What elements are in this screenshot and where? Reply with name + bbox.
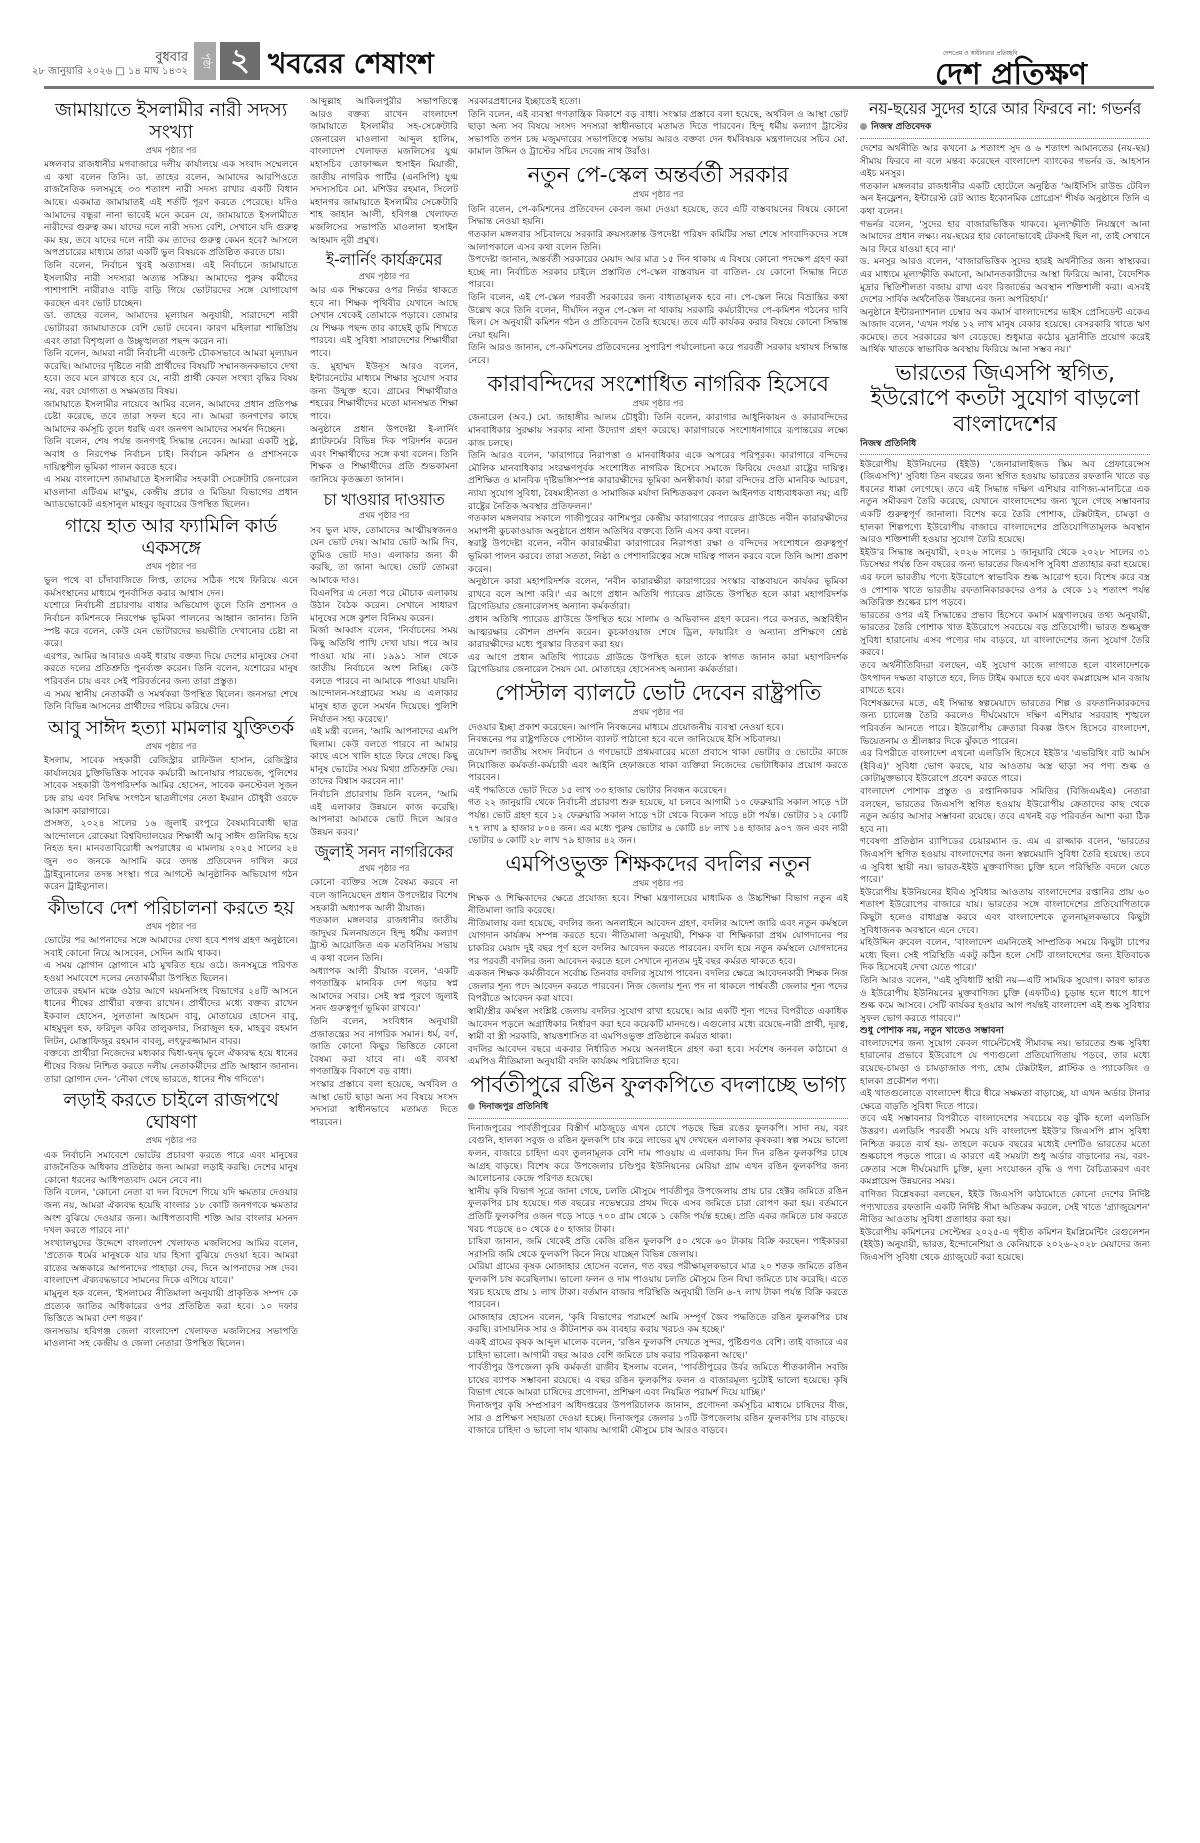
- headline[interactable]: নয়-ছয়ের সুদের হারে আর ফিরবে না: গভর্নর: [860, 100, 1150, 118]
- paragraph: বদলির আবেদন বছরে একবার নির্ধারিত সময়ে অ…: [468, 1044, 848, 1069]
- paragraph: দেশের অর্থনীতি আর কখনো ৯ শতাংশ সুদ ও ৬ শ…: [860, 143, 1150, 181]
- paragraph: গতকাল মঙ্গলবার সচিবালয়ে সরকারি ক্রয়সংক…: [468, 229, 848, 254]
- paragraph: জামায়াতে ইসলামীর নায়েবে আমির বলেন, আমা…: [44, 399, 298, 437]
- paragraph: নীতিমালায় বলা হয়েছে, বদলির জন্য অনলাইন…: [468, 918, 848, 968]
- paragraph: এই পদ্ধতিতে ভোট দিতে ১৫ লাখ ৩৩ হাজার ভোট…: [468, 785, 848, 798]
- paragraph: তিনি বলেন, নির্বাচন খুবই অত্যাসন্ন। এই ন…: [44, 260, 298, 310]
- paragraph: বাণিজ্য বিশ্লেষকরা বলছেন, ইইউ জিএসপি কাঠ…: [860, 1189, 1150, 1227]
- paragraph: গবেষণা প্রতিষ্ঠান র‍্যাপিডের চেয়ারম্যান…: [860, 836, 1150, 886]
- paragraph: স্বরাষ্ট্র উপদেষ্টা বলেন, নবীন কারারক্ষী…: [468, 538, 848, 576]
- paragraph: নিবন্ধনের পর রাষ্ট্রপতিকে পোস্টাল ব্যালট…: [468, 734, 848, 747]
- subhead: শুধু পোশাক নয়, নতুন খাতেও সম্ভাবনা: [860, 1025, 1150, 1038]
- paragraph: তিনি বলেন, সংবিধান অনুযায়ী প্রজাতন্ত্রে…: [310, 1016, 458, 1079]
- paragraph: এক নির্বাচনি সমাবেশে ভোটের প্রচারণা করতে…: [44, 1150, 298, 1188]
- paragraph: তিনি আরও বলেন, 'কারাগারে নিরাপত্তা ও মান…: [468, 450, 848, 513]
- bullet-icon: [468, 1103, 475, 1110]
- paragraph: স্থানীয় কৃষি বিভাগ সূত্রে জানা গেছে, চল…: [468, 1186, 848, 1236]
- paragraph: ভোটের পর আপনাদের সঙ্গে আমাদের দেখা হবে শ…: [44, 935, 298, 960]
- column-4: নয়-ছয়ের সুদের হারে আর ফিরবে না: গভর্নর…: [860, 96, 1150, 1836]
- paragraph: তিনি আরও জানান, পে-কমিশনের প্রতিবেদনের স…: [468, 342, 848, 367]
- article-govt-power: সরকারপ্রধানের ইচ্ছাতেই হতো। তিনি বলেন, এ…: [468, 96, 848, 159]
- paragraph: প্রধান অতিথি প্যারেড গ্রাউন্ডে উপস্থিত হ…: [468, 614, 848, 652]
- headline[interactable]: কীভাবে দেশ পরিচালনা করতে হয়: [44, 898, 298, 920]
- paragraph: তারেক রহমান মঞ্চে ওঠার আগে ময়মনসিংহ বিভ…: [44, 986, 298, 1049]
- paragraph: মেরিয়া গ্রামের কৃষক মোজাহার হোসেন বলেন,…: [468, 1261, 848, 1311]
- paragraph: সংস্কার প্রস্তাবে বলা হয়েছে, অর্থবিল ও …: [310, 1079, 458, 1129]
- paragraph: ইসলাম, সাবেক সহকারী রেজিস্ট্রার রাফিউল হ…: [44, 755, 298, 818]
- byline: দিনাজপুর প্রতিনিধি: [468, 1099, 848, 1119]
- paragraph: তিনি বলেন, এই ব্যবস্থা গণতান্ত্রিক বিকাশ…: [468, 109, 848, 159]
- paragraph: ইউরোপীয় ইউনিয়নের (ইইউ) 'জেনারালাইজড স্…: [860, 459, 1150, 547]
- byline-text: নিজস্ব প্রতিবেদক: [871, 122, 931, 132]
- article-how-to-govern: কীভাবে দেশ পরিচালনা করতে হয় প্রথম পৃষ্ঠ…: [44, 898, 298, 1087]
- column-2: আব্দুল্লাহ আকিলপুরীর সভাপতিত্বে আরও বক্ত…: [310, 96, 458, 1836]
- headline[interactable]: চা খাওয়ার দাওয়াত: [310, 491, 458, 509]
- paragraph: ভুল পথে বা চাঁদাবাজিতে লিপ্ত, তাদের সঠিক…: [44, 575, 298, 600]
- paragraph: তবে অর্থনীতিবিদরা বলছেন, এই সুযোগ কাজে ল…: [860, 660, 1150, 698]
- page-number: ২: [220, 42, 260, 80]
- paragraph: বাংলাদেশের জন্য সুযোগ কেবল গার্মেন্টসেই …: [860, 1038, 1150, 1088]
- kicker: প্রথম পৃষ্ঠার পর: [310, 863, 458, 876]
- article-tea-invitation: চা খাওয়ার দাওয়াত প্রথম পৃষ্ঠার পর সব ভ…: [310, 491, 458, 840]
- paragraph: তিনি বলেন, 'কোনো নেতা বা দল বিদেশে গিয়ে…: [44, 1187, 298, 1237]
- kicker: প্রথম পৃষ্ঠার পর: [310, 271, 458, 284]
- bullet-icon: [860, 123, 867, 130]
- paragraph: মির্জা আব্বাস বলেন, 'নির্বাচনের সময় কিছ…: [310, 625, 458, 726]
- headline[interactable]: পার্বতীপুরে রঙিন ফুলকপিতে বদলাচ্ছে ভাগ্য: [468, 1073, 848, 1098]
- paragraph: ভারতের ওপর এই সিদ্ধান্তের প্রভাব হিসেবে …: [860, 610, 1150, 660]
- paragraph: তবে এই সম্ভাবনার বিপরীতে বাংলাদেশের সবচে…: [860, 1113, 1150, 1189]
- article-cauliflower: পার্বতীপুরে রঙিন ফুলকপিতে বদলাচ্ছে ভাগ্য…: [468, 1073, 848, 1438]
- headline[interactable]: পোস্টাল ব্যালটে ভোট দেবেন রাষ্ট্রপতি: [468, 681, 848, 706]
- paragraph: এরপর, আমির আবারও একই ধারায় বক্তব্য দিয়…: [44, 651, 298, 689]
- section-title: খবরের শেষাংশ: [268, 42, 434, 89]
- paragraph: গতকাল মঙ্গলবার রাজধানীর জাতীয় জাদুঘর মি…: [310, 915, 458, 965]
- newspaper-logo[interactable]: দেশপ্রেম ও স্বাধীনতার প্রতিচ্ছবি দেশ প্র…: [935, 48, 1195, 91]
- column-3: সরকারপ্রধানের ইচ্ছাতেই হতো। তিনি বলেন, এ…: [468, 96, 848, 1836]
- paragraph: মোজাহার হোসেন বলেন, 'কৃষি বিভাগের পরামর্…: [468, 1312, 848, 1337]
- kicker: প্রথম পৃষ্ঠার পর: [44, 145, 298, 158]
- kicker: প্রথম পৃষ্ঠার পর: [468, 707, 848, 720]
- paragraph: শিক্ষক ও শিক্ষিকাদের ক্ষেত্রে প্রযোজ্য হ…: [468, 893, 848, 918]
- paragraph: ড. মনসুর আরও বলেন, 'বাজারভিত্তিক সুদের হ…: [860, 256, 1150, 306]
- paragraph: বিশেষজ্ঞদের মতে, এই সিদ্ধান্ত স্বল্পমেয়…: [860, 698, 1150, 748]
- kicker: প্রথম পৃষ্ঠার পর: [310, 510, 458, 523]
- paragraph: মামুনুল হক বলেন, 'ইসলামের নীতিমালা অনুযা…: [44, 1288, 298, 1326]
- article-abu-sayeed: আবু সাঈদ হত্যা মামলার যুক্তিতর্ক প্রথম প…: [44, 718, 298, 894]
- paragraph: ড. মুহাম্মদ ইউনূস আরও বলেন, ইন্টারনেটের …: [310, 361, 458, 424]
- headline[interactable]: নতুন পে-স্কেল অন্তর্বর্তী সরকার: [468, 163, 848, 188]
- byline: নিজস্ব প্রতিবেদক: [860, 119, 1150, 139]
- paragraph: এই খাতগুলোতে বাংলাদেশ ধীরে ধীরে সক্ষমতা …: [860, 1088, 1150, 1113]
- paragraph: মঙ্গলবার রাজধানীর মগবাজারে দলীয় কার্যাল…: [44, 159, 298, 260]
- paragraph: এ সময় বাংলাদেশ জামায়াতে ইসলামীর সহকারী…: [44, 474, 298, 512]
- paragraph: চাষিরা জানান, জমি থেকেই প্রতি কেজি রঙিন …: [468, 1236, 848, 1261]
- article-mpo-teachers: এমপিওভুক্ত শিক্ষকদের বদলির নতুন প্রথম পৃ…: [468, 852, 848, 1069]
- paragraph: তিনি আরও বলেন, ''এই সুবিধাটি স্থায়ী নয়…: [860, 975, 1150, 1025]
- kicker: প্রথম পৃষ্ঠার পর: [468, 878, 848, 891]
- article-elearning: ই-লার্নিং কার্যক্রমের প্রথম পৃষ্ঠার পর আ…: [310, 251, 458, 486]
- paragraph: উপদেষ্টা জানান, অন্তর্বর্তী সরকারের মেয়…: [468, 254, 848, 292]
- paragraph: কোনো ব্যক্তির সঙ্গে বৈষম্য করবে না বলে জ…: [310, 877, 458, 915]
- paragraph: জেনারেল (অব.) মো. জাহাঙ্গীর আলম চৌধুরী। …: [468, 412, 848, 450]
- paragraph: তিনি বলেন, পে-কমিশনের প্রতিবেদন কেবল জমা…: [468, 204, 848, 229]
- paragraph: দেওয়ার ইচ্ছা প্রকাশ করেছেন। আপনি নিবন্ধ…: [468, 722, 848, 735]
- paragraph: সব ভুল মাফ, তোমাদের আত্মীয়স্বজনও যেন ভো…: [310, 525, 458, 588]
- paragraph: বাংলাদেশ পোশাক প্রস্তুত ও রপ্তানিকারক সম…: [860, 786, 1150, 836]
- paragraph: গত ২২ জানুয়ারি থেকে নির্বাচনী প্রচারণা …: [468, 797, 848, 847]
- paragraph: দিনাজপুর কৃষি সম্প্রসারণ অধিদপ্তরের উপপর…: [468, 1400, 848, 1438]
- headline[interactable]: আবু সাঈদ হত্যা মামলার যুক্তিতর্ক: [44, 718, 298, 740]
- headline[interactable]: গায়ে হাত আর ফ্যামিলি কার্ড একসঙ্গে: [44, 516, 298, 560]
- paragraph: যশোরে নির্বাচনী প্রচারণায় বাধার অভিযোগ …: [44, 600, 298, 650]
- paragraph: প্রসঙ্গত, ২০২৪ সালের ১৬ জুলাই রংপুরে বৈষ…: [44, 818, 298, 894]
- paragraph: ইউরোপীয় কমিশনের সেপ্টেম্বর ২০২৫-এ গৃহীত…: [860, 1227, 1150, 1265]
- paragraph: এর আগে প্রধান অতিথি প্যারেড গ্রাউন্ডে উপ…: [468, 652, 848, 677]
- paragraph: এ সময় স্থানীয় নেতাকর্মী ও সমর্থকরা উপস…: [44, 689, 298, 714]
- headline[interactable]: লড়াই করতে চাইলে রাজপথে ঘোষণা: [44, 1090, 298, 1134]
- paragraph: অধ্যাপক আলী রীয়াজ বলেন, 'একটি গণতান্ত্র…: [310, 966, 458, 1016]
- kicker: প্রথম পৃষ্ঠার পর: [468, 189, 848, 202]
- article-fight-in-streets: লড়াই করতে চাইলে রাজপথে ঘোষণা প্রথম পৃষ্…: [44, 1090, 298, 1351]
- paragraph: তিনি বলেন, আমরা নারী নির্বাচনী এজেন্ট চৌ…: [44, 348, 298, 398]
- two-column-body: তিনি বলেন, পে-কমিশনের প্রতিবেদন কেবল জমা…: [468, 204, 848, 368]
- article-july-charter: জুলাই সনদ নাগরিকের প্রথম পৃষ্ঠার পর কোনো…: [310, 843, 458, 1129]
- headline[interactable]: জুলাই সনদ নাগরিকের: [310, 843, 458, 861]
- paragraph: আর এক শিক্ষকের ওপর নির্ভর থাকতে হবে না। …: [310, 285, 458, 361]
- paragraph: সংখ্যালঘুদের উদ্দেশে বাংলাদেশ খেলাফত মজল…: [44, 1238, 298, 1288]
- paragraph: তিনি বলেন, শেষ পর্যন্ত জনগণই সিদ্ধান্ত ন…: [44, 436, 298, 474]
- paragraph: পার্বতীপুর উপজেলা কৃষি কর্মকর্তা রাজীব ই…: [468, 1362, 848, 1400]
- paragraph: একজন শিক্ষক কর্মজীবনে সর্বোচ্চ তিনবার বদ…: [468, 968, 848, 1006]
- paragraph: ইইউ'র সিদ্ধান্ত অনুযায়ী, ২০২৬ সালের ১ জ…: [860, 547, 1150, 610]
- article-prisoners: কারাবন্দিদের সংশোধিত নাগরিক হিসেবে প্রথম…: [468, 372, 848, 677]
- article-pay-scale: নতুন পে-স্কেল অন্তর্বর্তী সরকার প্রথম পৃ…: [468, 163, 848, 368]
- kicker: প্রথম পৃষ্ঠার পর: [44, 741, 298, 754]
- byline-text: দিনাজপুর প্রতিনিধি: [479, 1102, 548, 1112]
- article-family-card: গায়ে হাত আর ফ্যামিলি কার্ড একসঙ্গে প্রথ…: [44, 516, 298, 714]
- kicker: প্রথম পৃষ্ঠার পর: [44, 1135, 298, 1148]
- headline[interactable]: ই-লার্নিং কার্যক্রমের: [310, 251, 458, 269]
- paragraph: ইউরোপীয় ইউনিয়নের ইবিএ সুবিধার আওতায় ব…: [860, 887, 1150, 937]
- page-label: পৃষ্ঠা: [194, 42, 216, 80]
- kicker: প্রথম পৃষ্ঠার পর: [44, 561, 298, 574]
- paragraph: একই গ্রামের কৃষক আব্দুল মালেক বলেন, 'রঙি…: [468, 1337, 848, 1362]
- kicker: প্রথম পৃষ্ঠার পর: [468, 398, 848, 411]
- article-interest-rate: নয়-ছয়ের সুদের হারে আর ফিরবে না: গভর্নর…: [860, 100, 1150, 357]
- paragraph: বক্তব্যে প্রার্থীরা নিজেদের মধ্যকার দ্বি…: [44, 1048, 298, 1086]
- column-1: জামায়াতে ইসলামীর নারী সদস্য সংখ্যা প্রথ…: [44, 96, 298, 1836]
- paragraph: নির্বাচনি প্রচারণায় তিনি বলেন, 'আমি এই …: [310, 789, 458, 839]
- paragraph: দিনাজপুরের পার্বতীপুরের বিস্তীর্ণ মাঠজুড…: [468, 1123, 848, 1186]
- paragraph: বিএনপির এ নেতা পরে মৌচাক এলাকায় উঠান বৈ…: [310, 588, 458, 626]
- article-jamaat-women: জামায়াতে ইসলামীর নারী সদস্য সংখ্যা প্রথ…: [44, 100, 298, 512]
- paragraph: ডা. তাহের বলেন, আমাদের মূল্যায়ন অনুযায়…: [44, 310, 298, 348]
- issue-date: ২৮ জানুয়ারি ২০২৬ □ ১৪ মাঘ ১৪৩২: [32, 64, 188, 81]
- article-postal-ballot: পোস্টাল ব্যালটে ভোট দেবেন রাষ্ট্রপতি প্র…: [468, 681, 848, 848]
- paragraph: তিনি বলেন, এই পে-স্কেল পরবর্তী সরকারের জ…: [468, 292, 848, 342]
- paragraph: এর বিপরীতে বাংলাদেশ এখনো এলডিসি হিসেবে ই…: [860, 748, 1150, 786]
- paragraph: মহিউদ্দিন রুবেল বলেন, 'বাংলাদেশ এমনিতেই …: [860, 937, 1150, 975]
- article-jamaat-cont: আব্দুল্লাহ আকিলপুরীর সভাপতিত্বে আরও বক্ত…: [310, 96, 458, 247]
- paragraph: ত্রয়োদশ জাতীয় সংসদ নির্বাচন ও গণভোটে প…: [468, 747, 848, 785]
- paragraph: এ সময় স্লোগান স্লোগানে মাঠ মুখরিত হয়ে …: [44, 960, 298, 985]
- paragraph: স্বামী/স্ত্রীর কর্মস্থল সংশ্লিষ্ট জেলায়…: [468, 1006, 848, 1044]
- paragraph: সরকারপ্রধানের ইচ্ছাতেই হতো।: [468, 96, 848, 109]
- headline[interactable]: ভারতের জিএসপি স্থগিত, ইউরোপে কতটা সুযোগ …: [860, 361, 1150, 437]
- headline[interactable]: এমপিওভুক্ত শিক্ষকদের বদলির নতুন: [468, 852, 848, 877]
- paragraph: গতকাল মঙ্গলবার রাজধানীর একটি হোটেলে অনুষ…: [860, 181, 1150, 219]
- paragraph: আব্দুল্লাহ আকিলপুরীর সভাপতিত্বে আরও বক্ত…: [310, 96, 458, 247]
- paragraph: অনুষ্ঠানে প্রধান উপদেষ্টা ই-লার্নিং প্ল্…: [310, 424, 458, 487]
- paragraph: গতকাল মঙ্গলবার সকালে গাজীপুরের কাশিমপুর …: [468, 513, 848, 538]
- paragraph: গভর্নর বলেন, 'সুদের হার বাজারভিত্তিক থাক…: [860, 219, 1150, 257]
- article-gsp-india: ভারতের জিএসপি স্থগিত, ইউরোপে কতটা সুযোগ …: [860, 361, 1150, 1264]
- kicker: প্রথম পৃষ্ঠার পর: [44, 921, 298, 934]
- byline: নিজস্ব প্রতিনিধি: [860, 438, 1150, 455]
- headline[interactable]: জামায়াতে ইসলামীর নারী সদস্য সংখ্যা: [44, 100, 298, 144]
- masthead: বুধবার ২৮ জানুয়ারি ২০২৬ □ ১৪ মাঘ ১৪৩২ প…: [0, 0, 1200, 80]
- paragraph: অনুষ্ঠানে কারা মহাপরিদর্শক বলেন, 'নবীন ক…: [468, 576, 848, 614]
- paragraph: জনসভায় হবিগঞ্জ জেলা বাংলাদেশ খেলাফত মজল…: [44, 1326, 298, 1351]
- paragraph: এই মন্ত্রী বলেন, 'আমি আপনাদের এমপি ছিলাম…: [310, 726, 458, 789]
- paragraph: অনুষ্ঠানে ইন্টারন্যাশনাল চেম্বার অব কমার…: [860, 307, 1150, 357]
- headline[interactable]: কারাবন্দিদের সংশোধিত নাগরিক হিসেবে: [468, 372, 848, 397]
- header-rule: [44, 86, 1154, 89]
